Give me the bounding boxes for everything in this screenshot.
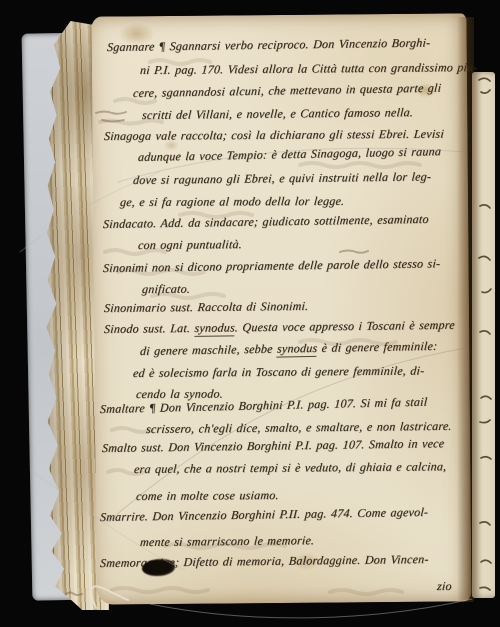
manuscript-photo: Sgannare ¶ Sgannarsi verbo reciproco. Do… [0, 0, 500, 627]
manuscript-line: era quel, che a nostri tempi si è veduto… [133, 460, 446, 476]
manuscript-line: come in molte cose usiamo. [135, 489, 279, 503]
manuscript-line: ed è solecismo farla in Toscano di gener… [132, 364, 424, 380]
underlined-word: synodus [194, 320, 236, 337]
manuscript-line: con ogni puntualità. [137, 238, 242, 252]
manuscript-line: ge, e si fa ragione al modo della lor le… [119, 195, 344, 209]
underlined-word: synodus [276, 341, 318, 358]
manuscript-line: gnificato. [141, 283, 190, 297]
manuscript-line: Sinagoga vale raccolta; così la dichiara… [103, 128, 444, 144]
facing-page-edge [472, 72, 495, 598]
manuscript-catchword: zio [436, 580, 452, 593]
manuscript-line: mente si smarriscono le memorie. [139, 534, 314, 549]
manuscript-line: Sinonimario sust. Raccolta di Sinonimi. [103, 300, 308, 315]
